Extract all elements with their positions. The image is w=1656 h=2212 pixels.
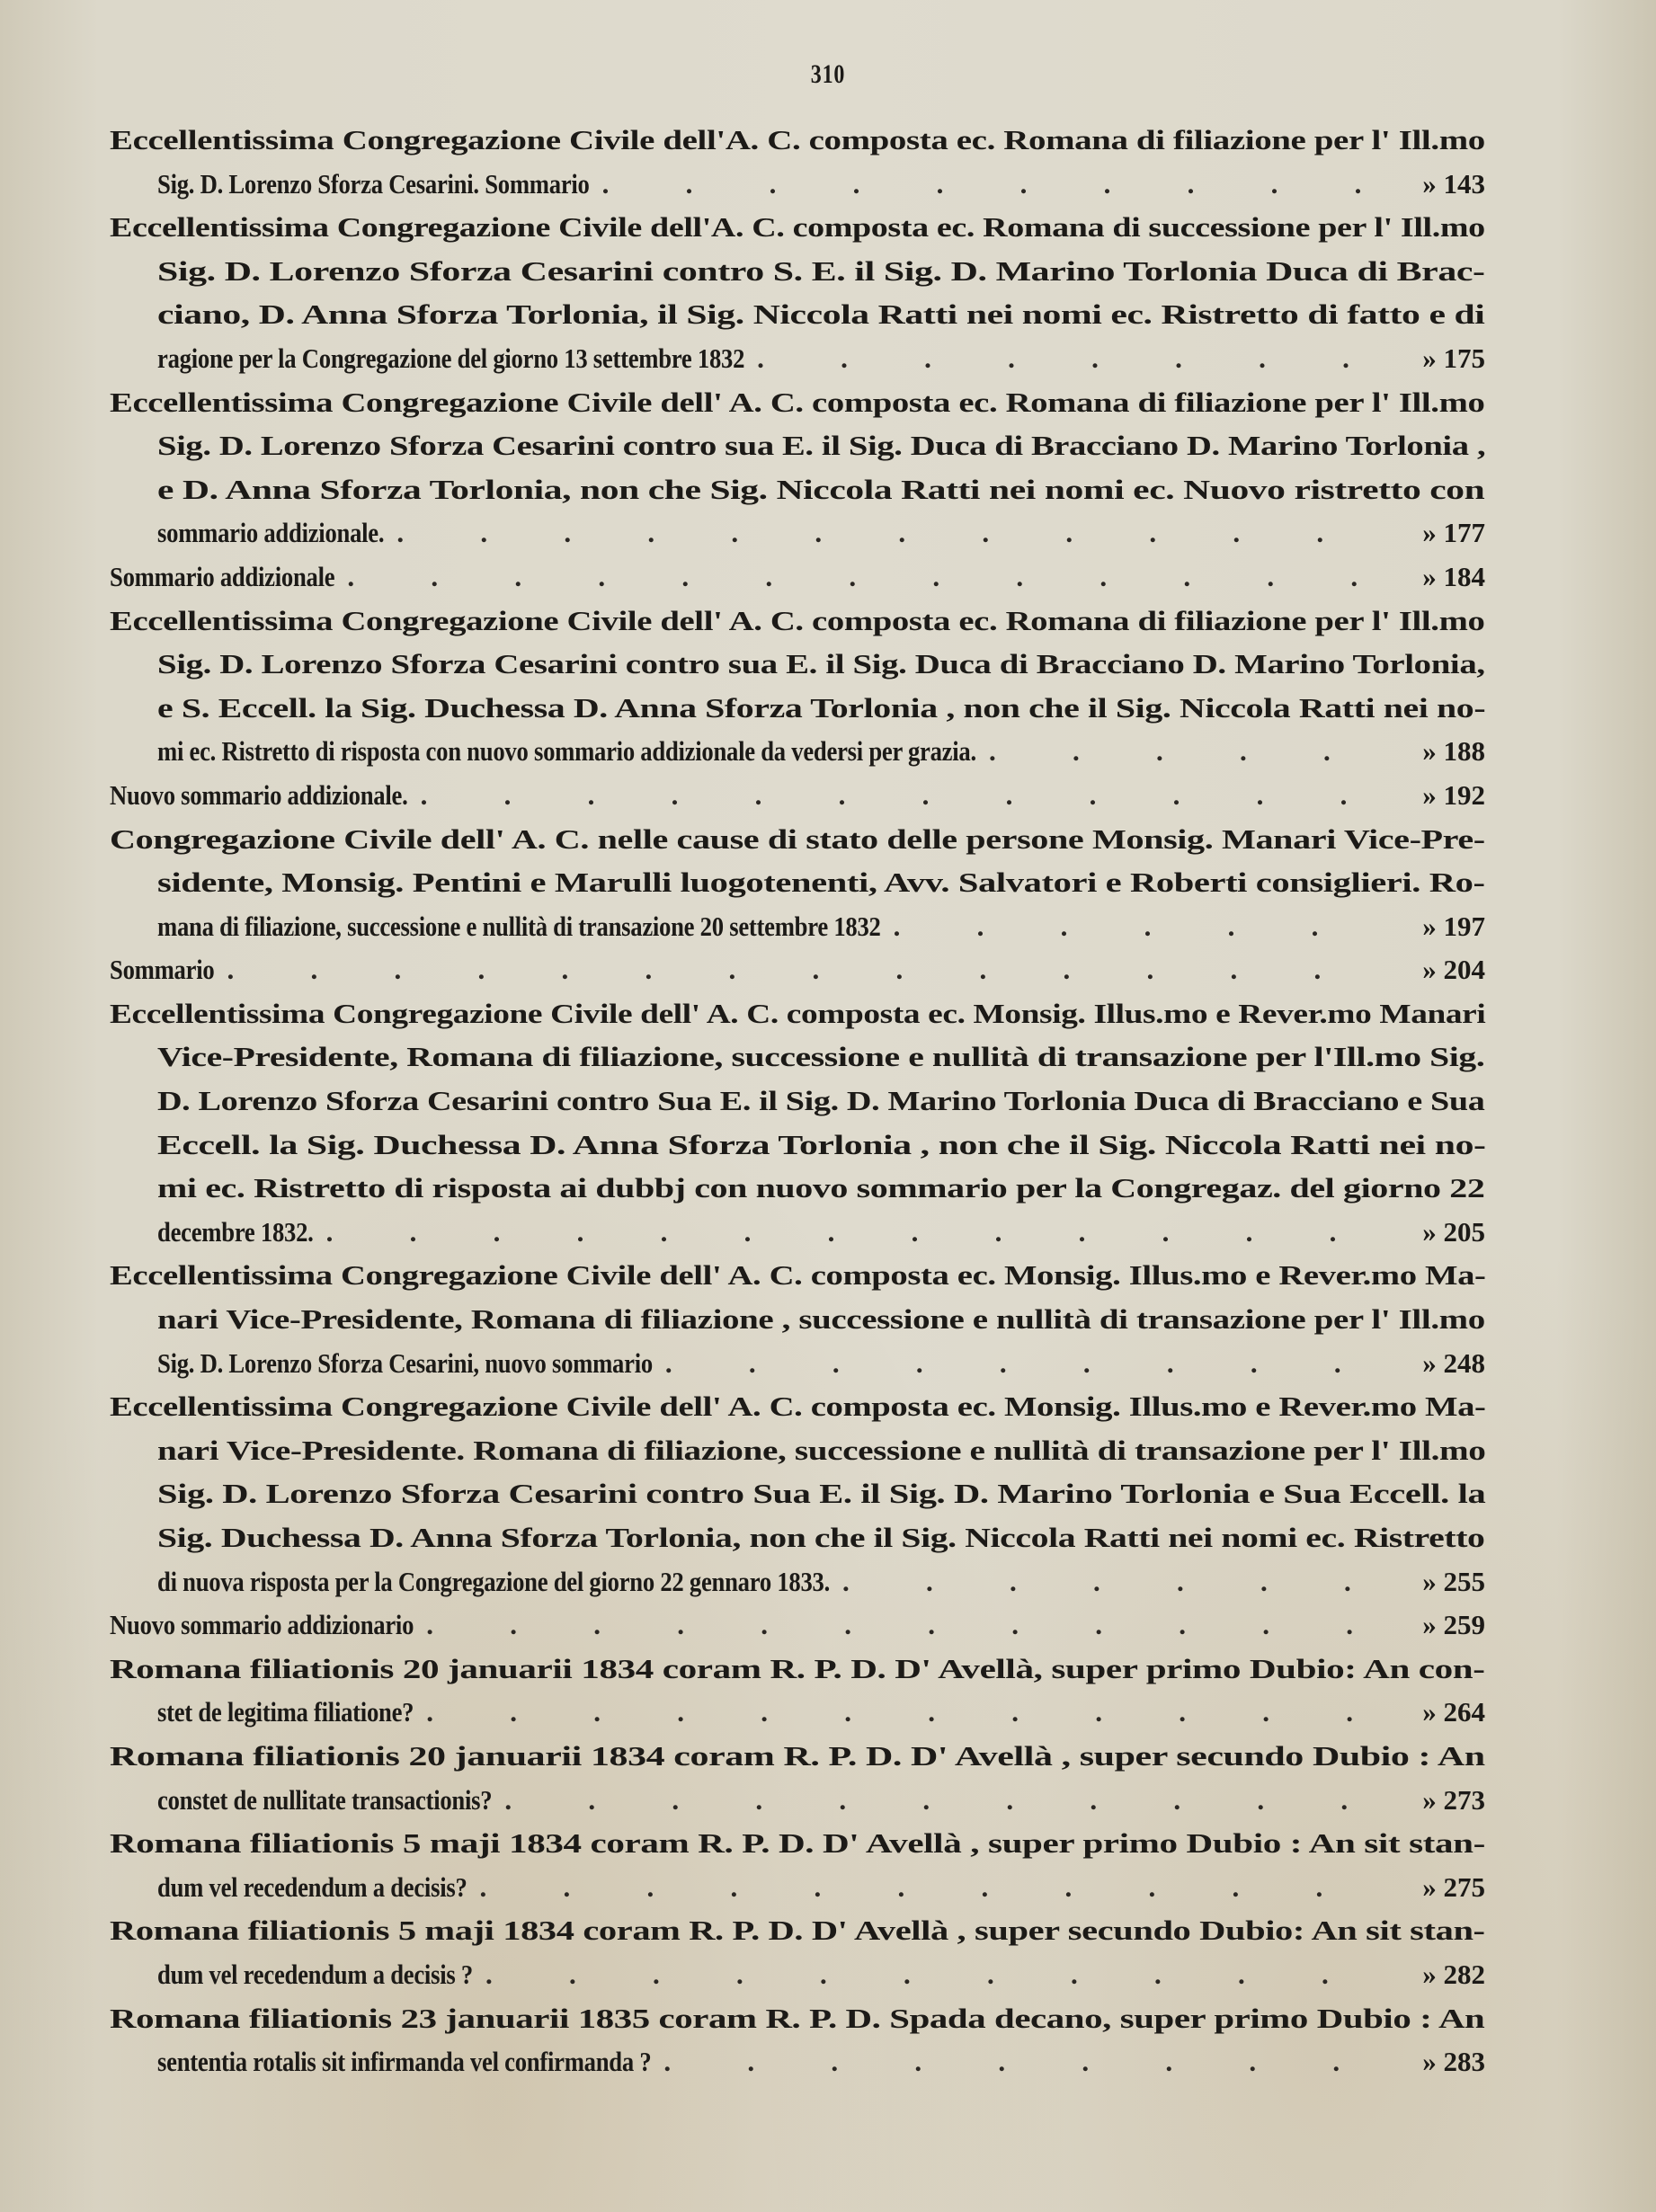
toc-entry-text: Romana filiationis 20 januarii 1834 cora… bbox=[110, 1648, 1485, 1692]
toc-entry-text: mi ec. Ristretto di risposta ai dubbj co… bbox=[157, 1167, 1485, 1211]
toc-entry-continuation-line: Sig. D. Lorenzo Sforza Cesarini, nuovo s… bbox=[110, 1342, 1485, 1386]
toc-entry-text: Sig. D. Lorenzo Sforza Cesarini contro S… bbox=[157, 1472, 1485, 1516]
toc-entry: Romana filiationis 20 januarii 1834 cora… bbox=[110, 1648, 1485, 1735]
toc-entry: Congregazione Civile dell' A. C. nelle c… bbox=[110, 818, 1485, 949]
toc-page-reference: » 282 bbox=[1395, 1953, 1485, 1997]
toc-entry-continuation-line: constet de nullitate transactionis?» 273 bbox=[110, 1779, 1485, 1823]
toc-entry: Eccellentissima Congregazione Civile del… bbox=[110, 119, 1485, 206]
toc-entry-text: ragione per la Congregazione del giorno … bbox=[157, 337, 744, 381]
toc-entry: Eccellentissima Congregazione Civile del… bbox=[110, 381, 1485, 555]
toc-entry-text: di nuova risposta per la Congregazione d… bbox=[157, 1560, 830, 1604]
toc-entry-continuation-line: Sig. D. Lorenzo Sforza Cesarini contro s… bbox=[110, 424, 1485, 468]
toc-entry-text: Romana filiationis 5 maji 1834 coram R. … bbox=[110, 1909, 1485, 1953]
toc-entry-title-line: Nuovo sommario addizionario» 259 bbox=[110, 1603, 1485, 1648]
toc-entry-continuation-line: sidente, Monsig. Pentini e Marulli luogo… bbox=[110, 861, 1485, 905]
toc-entry-text: Romana filiationis 20 januarii 1834 cora… bbox=[110, 1735, 1485, 1779]
toc-entry-text: Eccellentissima Congregazione Civile del… bbox=[110, 119, 1485, 163]
toc-entry-text: Nuovo sommario addizionale. bbox=[110, 774, 407, 818]
toc-entry: Sommario» 204 bbox=[110, 948, 1485, 992]
table-of-contents: Eccellentissima Congregazione Civile del… bbox=[110, 119, 1485, 2084]
toc-entry-text: ciano, D. Anna Sforza Torlonia, il Sig. … bbox=[157, 293, 1485, 337]
toc-entry-text: mi ec. Ristretto di risposta con nuovo s… bbox=[157, 730, 976, 774]
toc-entry: Nuovo sommario addizionario» 259 bbox=[110, 1603, 1485, 1648]
dot-leader bbox=[421, 774, 1383, 818]
toc-entry-continuation-line: di nuova risposta per la Congregazione d… bbox=[110, 1560, 1485, 1604]
toc-entry-text: sidente, Monsig. Pentini e Marulli luogo… bbox=[157, 861, 1485, 905]
toc-entry-text: Eccellentissima Congregazione Civile del… bbox=[110, 381, 1485, 425]
toc-entry-continuation-line: ragione per la Congregazione del giorno … bbox=[110, 337, 1485, 381]
toc-entry-title-line: Eccellentissima Congregazione Civile del… bbox=[110, 1254, 1485, 1298]
toc-entry-title-line: Romana filiationis 20 januarii 1834 cora… bbox=[110, 1648, 1485, 1692]
toc-page-reference: » 275 bbox=[1395, 1866, 1485, 1910]
toc-page-reference: » 175 bbox=[1395, 337, 1485, 381]
toc-entry-text: Sig. D. Lorenzo Sforza Cesarini contro s… bbox=[157, 643, 1485, 687]
toc-page-reference: » 188 bbox=[1395, 730, 1485, 774]
toc-entry-text: Eccellentissima Congregazione Civile del… bbox=[110, 206, 1485, 250]
dot-leader bbox=[396, 511, 1383, 555]
toc-page-reference: » 248 bbox=[1395, 1342, 1485, 1386]
dot-leader bbox=[602, 163, 1383, 207]
toc-entry-text: dum vel recedendum a decisis? bbox=[157, 1866, 467, 1910]
dot-leader bbox=[842, 1560, 1383, 1604]
toc-entry-continuation-line: dum vel recedendum a decisis?» 275 bbox=[110, 1866, 1485, 1910]
toc-entry-text: Sig. D. Lorenzo Sforza Cesarini. Sommari… bbox=[157, 163, 590, 207]
dot-leader bbox=[665, 1342, 1383, 1386]
toc-entry: Eccellentissima Congregazione Civile del… bbox=[110, 206, 1485, 380]
toc-entry-text: e D. Anna Sforza Torlonia, non che Sig. … bbox=[157, 468, 1485, 512]
toc-entry-continuation-line: Sig. D. Lorenzo Sforza Cesarini contro S… bbox=[110, 1472, 1485, 1516]
toc-entry-text: Congregazione Civile dell' A. C. nelle c… bbox=[110, 818, 1485, 862]
toc-entry: Eccellentissima Congregazione Civile del… bbox=[110, 1254, 1485, 1385]
toc-entry-text: stet de legitima filiatione? bbox=[157, 1691, 414, 1735]
toc-entry-title-line: Romana filiationis 23 januarii 1835 cora… bbox=[110, 1997, 1485, 2041]
dot-leader bbox=[504, 1779, 1383, 1823]
toc-page-reference: » 143 bbox=[1395, 163, 1485, 207]
toc-entry-title-line: Eccellentissima Congregazione Civile del… bbox=[110, 992, 1485, 1036]
toc-page-reference: » 177 bbox=[1395, 511, 1485, 555]
toc-entry-continuation-line: stet de legitima filiatione?» 264 bbox=[110, 1691, 1485, 1735]
toc-page-reference: » 197 bbox=[1395, 905, 1485, 949]
toc-entry: Eccellentissima Congregazione Civile del… bbox=[110, 992, 1485, 1255]
toc-entry-text: nari Vice-Presidente, Romana di filiazio… bbox=[157, 1298, 1485, 1342]
toc-entry-text: Romana filiationis 23 januarii 1835 cora… bbox=[110, 1997, 1485, 2041]
toc-page-reference: » 255 bbox=[1395, 1560, 1485, 1604]
toc-page-reference: » 259 bbox=[1395, 1603, 1485, 1648]
toc-entry-continuation-line: e D. Anna Sforza Torlonia, non che Sig. … bbox=[110, 468, 1485, 512]
dot-leader bbox=[227, 948, 1383, 992]
dot-leader bbox=[426, 1691, 1383, 1735]
toc-entry-text: D. Lorenzo Sforza Cesarini contro Sua E.… bbox=[157, 1079, 1485, 1124]
toc-page-reference: » 184 bbox=[1395, 555, 1485, 600]
toc-entry-continuation-line: Vice-Presidente, Romana di filiazione, s… bbox=[110, 1035, 1485, 1079]
dot-leader bbox=[326, 1211, 1383, 1255]
toc-entry-continuation-line: Sig. Duchessa D. Anna Sforza Torlonia, n… bbox=[110, 1516, 1485, 1560]
toc-entry-title-line: Eccellentissima Congregazione Civile del… bbox=[110, 206, 1485, 250]
toc-entry-text: e S. Eccell. la Sig. Duchessa D. Anna Sf… bbox=[157, 687, 1485, 731]
toc-entry-text: Eccellentissima Congregazione Civile del… bbox=[110, 1385, 1485, 1429]
toc-entry-continuation-line: ciano, D. Anna Sforza Torlonia, il Sig. … bbox=[110, 293, 1485, 337]
toc-entry-text: constet de nullitate transactionis? bbox=[157, 1779, 492, 1823]
toc-entry: Nuovo sommario addizionale.» 192 bbox=[110, 774, 1485, 818]
toc-entry: Sommario addizionale» 184 bbox=[110, 555, 1485, 600]
toc-page-reference: » 273 bbox=[1395, 1779, 1485, 1823]
toc-entry-text: Sig. D. Lorenzo Sforza Cesarini contro S… bbox=[157, 250, 1485, 294]
toc-entry-continuation-line: mi ec. Ristretto di risposta ai dubbj co… bbox=[110, 1167, 1485, 1211]
toc-entry-text: dum vel recedendum a decisis ? bbox=[157, 1953, 473, 1997]
toc-entry-text: Sommario bbox=[110, 948, 214, 992]
toc-entry: Romana filiationis 5 maji 1834 coram R. … bbox=[110, 1822, 1485, 1909]
toc-entry-text: sententia rotalis sit infirmanda vel con… bbox=[157, 2040, 651, 2084]
toc-entry-title-line: Romana filiationis 5 maji 1834 coram R. … bbox=[110, 1822, 1485, 1866]
toc-entry-title-line: Sommario addizionale» 184 bbox=[110, 555, 1485, 600]
toc-entry-text: Sig. D. Lorenzo Sforza Cesarini, nuovo s… bbox=[157, 1342, 653, 1386]
toc-entry-text: Nuovo sommario addizionario bbox=[110, 1603, 414, 1648]
toc-entry: Eccellentissima Congregazione Civile del… bbox=[110, 1385, 1485, 1603]
toc-entry-continuation-line: dum vel recedendum a decisis ?» 282 bbox=[110, 1953, 1485, 1997]
toc-entry-continuation-line: sententia rotalis sit infirmanda vel con… bbox=[110, 2040, 1485, 2084]
toc-entry-text: Eccellentissima Congregazione Civile del… bbox=[110, 1254, 1485, 1298]
toc-entry: Romana filiationis 20 januarii 1834 cora… bbox=[110, 1735, 1485, 1822]
toc-entry-text: Romana filiationis 5 maji 1834 coram R. … bbox=[110, 1822, 1485, 1866]
toc-entry-text: Eccellentissima Congregazione Civile del… bbox=[110, 992, 1485, 1036]
toc-entry-title-line: Eccellentissima Congregazione Civile del… bbox=[110, 381, 1485, 425]
toc-entry-continuation-line: mana di filiazione, successione e nullit… bbox=[110, 905, 1485, 949]
dot-leader bbox=[989, 730, 1383, 774]
dot-leader bbox=[663, 2040, 1383, 2084]
toc-entry-text: decembre 1832. bbox=[157, 1211, 314, 1255]
dot-leader bbox=[485, 1953, 1383, 1997]
toc-entry-text: Sig. Duchessa D. Anna Sforza Torlonia, n… bbox=[157, 1516, 1485, 1560]
toc-entry-text: Sig. D. Lorenzo Sforza Cesarini contro s… bbox=[157, 424, 1485, 468]
toc-entry-continuation-line: nari Vice-Presidente, Romana di filiazio… bbox=[110, 1298, 1485, 1342]
toc-entry-title-line: Eccellentissima Congregazione Civile del… bbox=[110, 119, 1485, 163]
dot-leader bbox=[347, 555, 1383, 600]
toc-entry-text: Eccellentissima Congregazione Civile del… bbox=[110, 600, 1485, 644]
toc-entry-continuation-line: Sig. D. Lorenzo Sforza Cesarini. Sommari… bbox=[110, 163, 1485, 207]
toc-entry-continuation-line: decembre 1832.» 205 bbox=[110, 1211, 1485, 1255]
toc-entry: Eccellentissima Congregazione Civile del… bbox=[110, 600, 1485, 774]
toc-entry-text: Vice-Presidente, Romana di filiazione, s… bbox=[157, 1035, 1485, 1079]
toc-page-reference: » 205 bbox=[1395, 1211, 1485, 1255]
dot-leader bbox=[480, 1866, 1384, 1910]
toc-entry-title-line: Eccellentissima Congregazione Civile del… bbox=[110, 1385, 1485, 1429]
toc-entry-continuation-line: nari Vice-Presidente. Romana di filiazio… bbox=[110, 1429, 1485, 1473]
toc-entry-continuation-line: D. Lorenzo Sforza Cesarini contro Sua E.… bbox=[110, 1079, 1485, 1124]
toc-entry-continuation-line: Eccell. la Sig. Duchessa D. Anna Sforza … bbox=[110, 1124, 1485, 1168]
toc-entry-text: nari Vice-Presidente. Romana di filiazio… bbox=[157, 1429, 1485, 1473]
toc-entry-continuation-line: Sig. D. Lorenzo Sforza Cesarini contro s… bbox=[110, 643, 1485, 687]
toc-entry-title-line: Congregazione Civile dell' A. C. nelle c… bbox=[110, 818, 1485, 862]
toc-entry-title-line: Nuovo sommario addizionale.» 192 bbox=[110, 774, 1485, 818]
toc-page-reference: » 204 bbox=[1395, 948, 1485, 992]
toc-entry-title-line: Romana filiationis 5 maji 1834 coram R. … bbox=[110, 1909, 1485, 1953]
toc-page-reference: » 283 bbox=[1395, 2040, 1485, 2084]
dot-leader bbox=[426, 1603, 1383, 1648]
dot-leader bbox=[894, 905, 1383, 949]
toc-entry-continuation-line: Sig. D. Lorenzo Sforza Cesarini contro S… bbox=[110, 250, 1485, 294]
toc-entry-text: sommario addizionale. bbox=[157, 511, 384, 555]
toc-entry-title-line: Sommario» 204 bbox=[110, 948, 1485, 992]
page-number: 310 bbox=[165, 59, 1491, 90]
toc-entry: Romana filiationis 5 maji 1834 coram R. … bbox=[110, 1909, 1485, 1996]
toc-entry-continuation-line: mi ec. Ristretto di risposta con nuovo s… bbox=[110, 730, 1485, 774]
toc-entry-text: Sommario addizionale bbox=[110, 555, 334, 600]
toc-page-reference: » 192 bbox=[1395, 774, 1485, 818]
toc-entry-title-line: Eccellentissima Congregazione Civile del… bbox=[110, 600, 1485, 644]
toc-entry: Romana filiationis 23 januarii 1835 cora… bbox=[110, 1997, 1485, 2084]
toc-entry-text: Eccell. la Sig. Duchessa D. Anna Sforza … bbox=[157, 1124, 1485, 1168]
toc-page-reference: » 264 bbox=[1395, 1691, 1485, 1735]
dot-leader bbox=[757, 337, 1383, 381]
scanned-page: 310 Eccellentissima Congregazione Civile… bbox=[0, 0, 1656, 2212]
toc-entry-title-line: Romana filiationis 20 januarii 1834 cora… bbox=[110, 1735, 1485, 1779]
toc-entry-text: mana di filiazione, successione e nullit… bbox=[157, 905, 881, 949]
toc-entry-continuation-line: sommario addizionale.» 177 bbox=[110, 511, 1485, 555]
toc-entry-continuation-line: e S. Eccell. la Sig. Duchessa D. Anna Sf… bbox=[110, 687, 1485, 731]
